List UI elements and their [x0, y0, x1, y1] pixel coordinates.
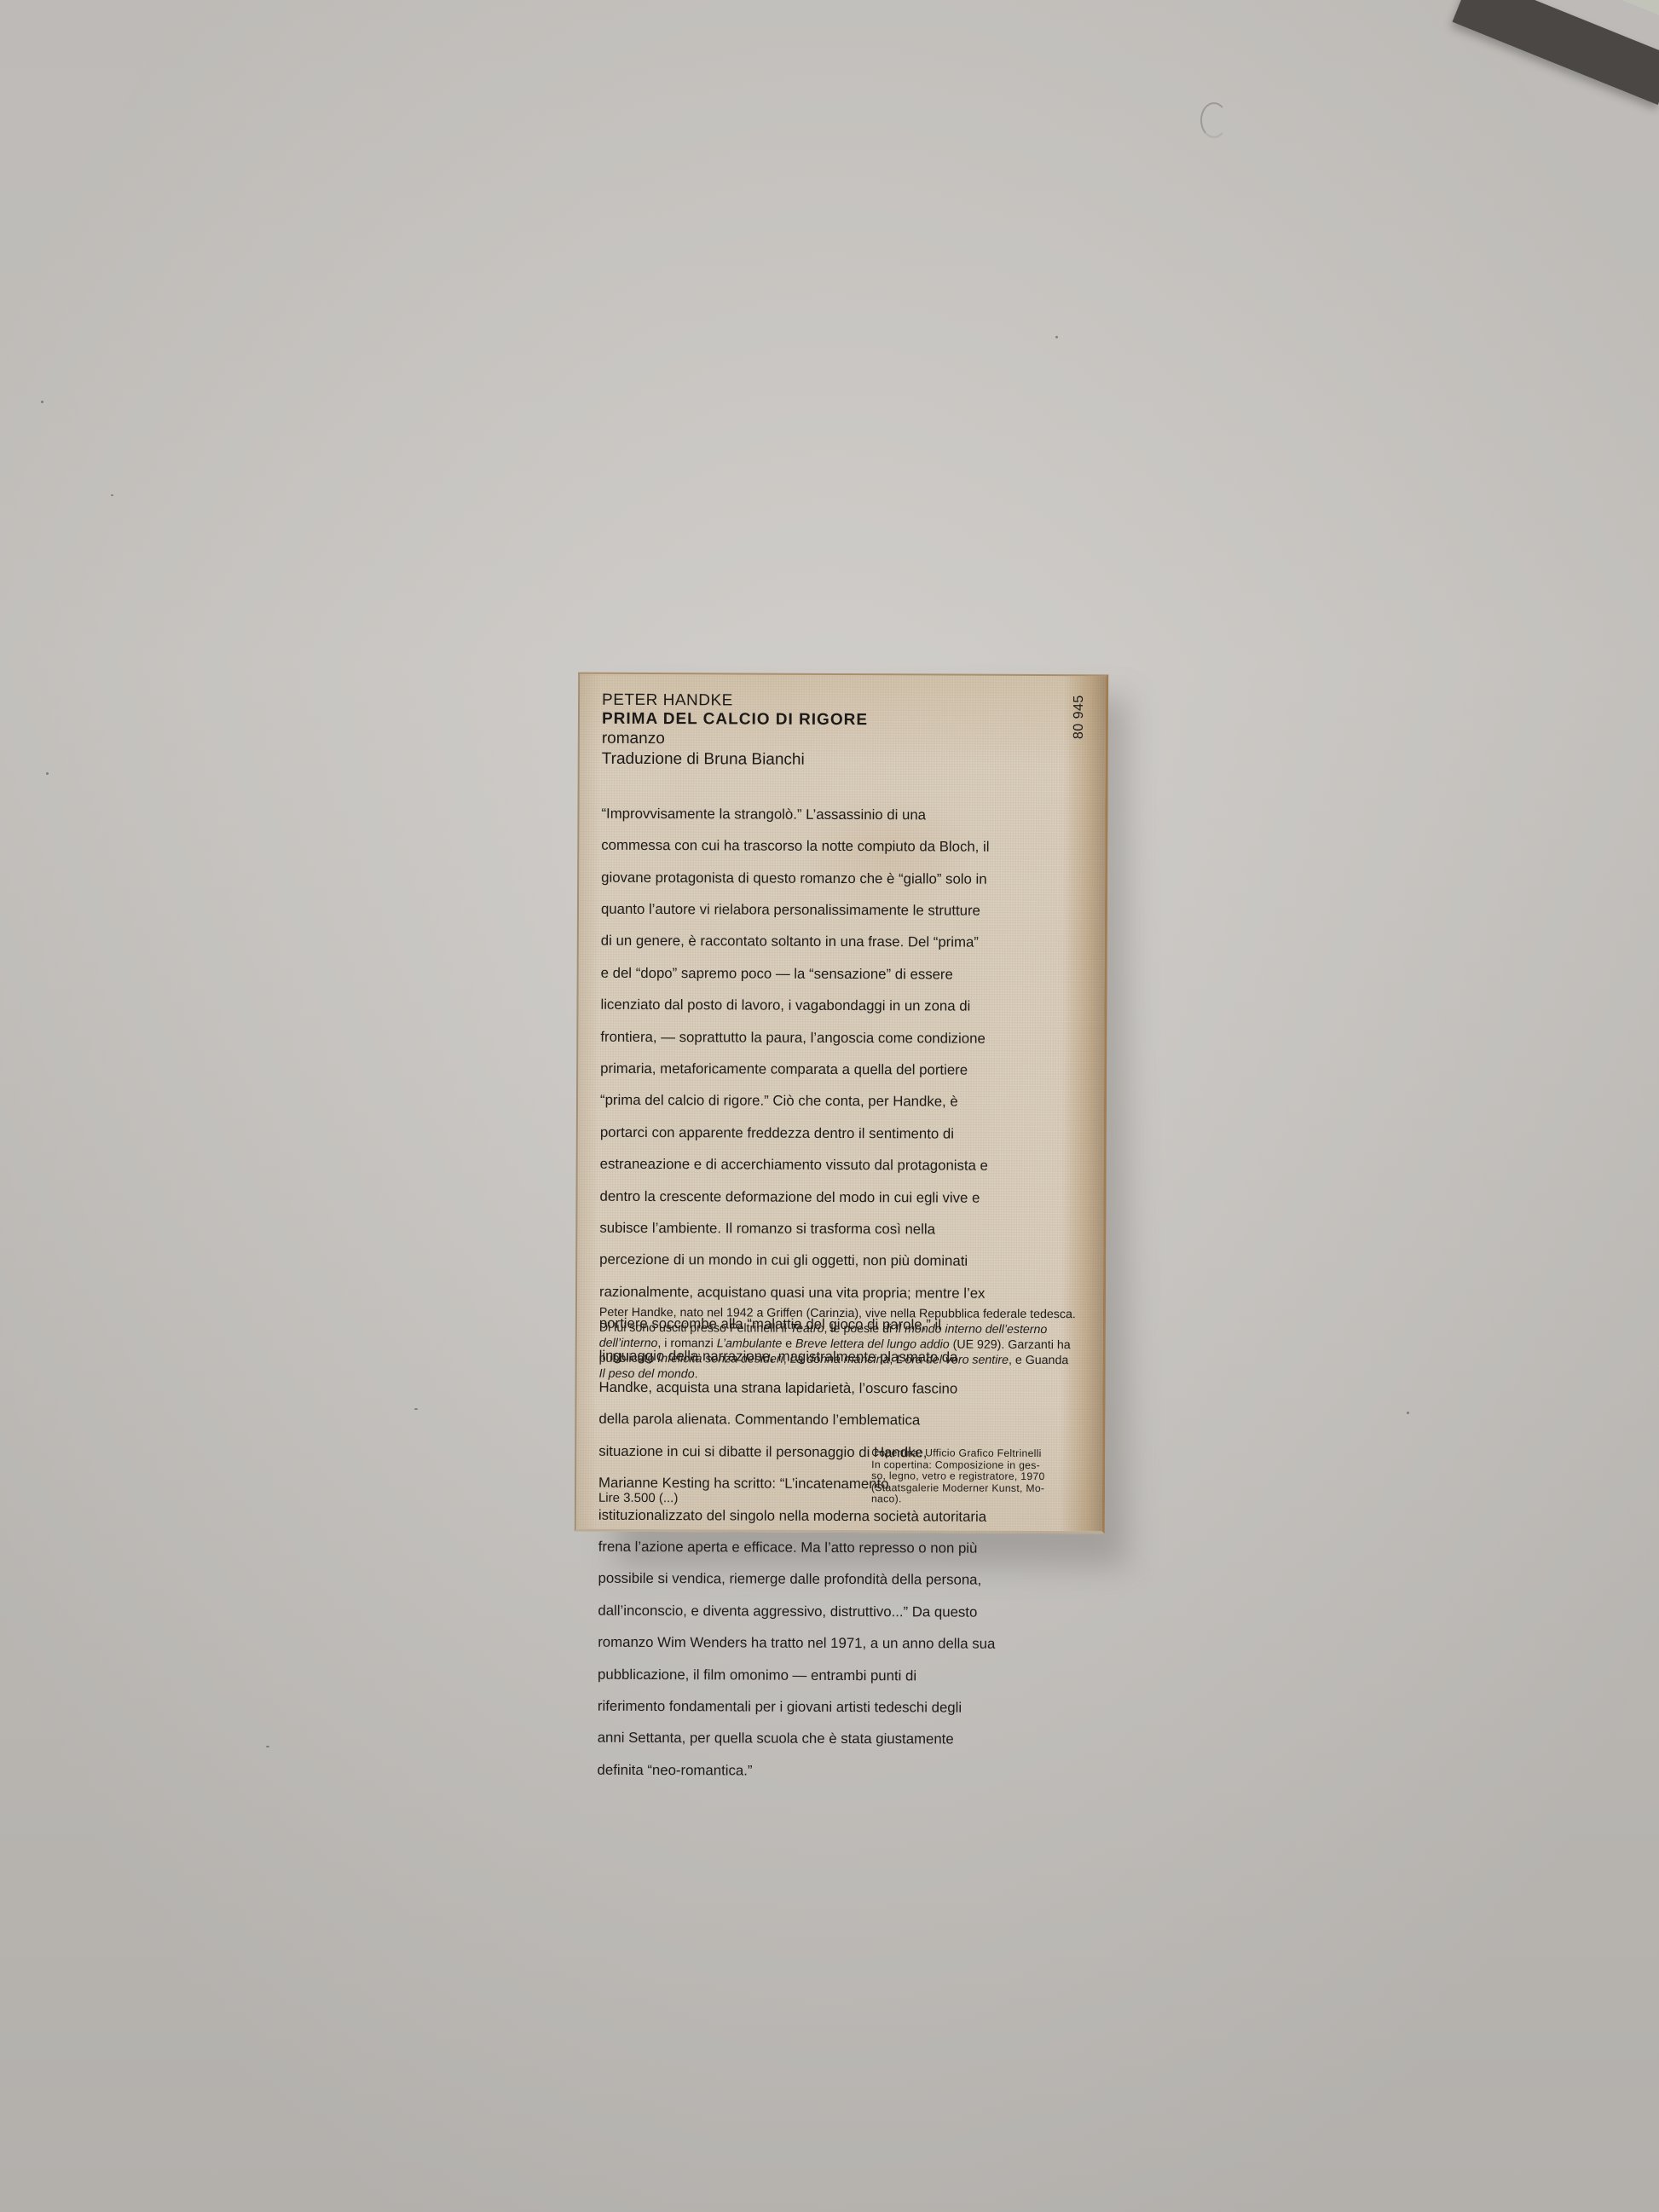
book-back-cover: PETER HANDKE PRIMA DEL CALCIO DI RIGORE …	[575, 673, 1108, 1534]
author-bio: Peter Handke, nato nel 1942 a Griffen (C…	[599, 1305, 1077, 1383]
blurb-line: anni Settanta, per quella scuola che è s…	[598, 1730, 1075, 1748]
blurb-line: dall’inconscio, e diventa aggressivo, di…	[598, 1603, 1075, 1621]
blurb-line: possibile si vendica, riemerge dalle pro…	[598, 1571, 1076, 1589]
bio-text: , i romanzi	[657, 1337, 716, 1350]
blurb-line: riferimento fondamentali per i giovani a…	[598, 1699, 1075, 1717]
blurb-line: quanto l’autore vi rielabora personaliss…	[601, 902, 1078, 920]
surface-speck	[414, 1408, 418, 1410]
catalog-number: 80 945	[1072, 695, 1087, 739]
blurb-line: frontiera, — soprattutto la paura, l’ang…	[600, 1029, 1078, 1047]
blurb-line: commessa con cui ha trascorso la notte c…	[601, 838, 1078, 856]
price-label: Lire 3.500 (...)	[598, 1491, 678, 1505]
edge-stain	[576, 674, 600, 1529]
book-genre: romanzo	[602, 729, 868, 750]
blurb-line: primaria, metaforicamente comparata a qu…	[600, 1061, 1078, 1079]
bio-work-title: L’ora del vero sentire	[896, 1353, 1009, 1367]
blurb-line: istituzionalizzato del singolo nella mod…	[598, 1507, 1076, 1525]
blurb-line: razionalmente, acquistano quasi una vita…	[599, 1285, 1077, 1302]
blurb-line: definita “neo-romantica.”	[598, 1763, 1075, 1781]
bio-text: , e Guanda	[1009, 1354, 1068, 1367]
bio-text: .	[695, 1367, 698, 1381]
blurb-line: frena l’azione aperta e efficace. Ma l’a…	[598, 1539, 1076, 1557]
author-name: PETER HANDKE	[602, 691, 868, 711]
surface-speck	[1055, 336, 1058, 338]
translator-credit: Traduzione di Bruna Bianchi	[602, 749, 868, 771]
surface-speck	[46, 772, 49, 775]
bio-work-title: La donna mancina	[790, 1353, 890, 1367]
blurb-line: “Improvvisamente la strangolò.” L’assass…	[601, 806, 1078, 823]
bio-work-title: Breve lettera del lungo addio	[795, 1337, 950, 1352]
surface-ring-mark	[1200, 102, 1228, 138]
blurb-line: licenziato dal posto di lavoro, i vagabo…	[600, 997, 1078, 1015]
blurb-line: portarci con apparente freddezza dentro …	[600, 1125, 1078, 1143]
surface-speck	[41, 401, 43, 403]
blurb-line: romanzo Wim Wenders ha tratto nel 1971, …	[598, 1635, 1075, 1653]
blurb-line: di un genere, è raccontato soltanto in u…	[601, 933, 1078, 951]
blurb-line: percezione di un mondo in cui gli oggett…	[599, 1252, 1077, 1270]
surface-speck	[266, 1746, 269, 1747]
blurb-line: pubblicazione, il film omonimo — entramb…	[598, 1666, 1075, 1684]
blurb-line: giovane protagonista di questo romanzo c…	[601, 869, 1078, 887]
blurb-line: dentro la crescente deformazione del mod…	[599, 1188, 1077, 1206]
surface-speck	[111, 494, 113, 496]
cover-credits: Copertina: Ufficio Grafico Feltrinelli I…	[871, 1447, 1079, 1506]
surface-speck	[1407, 1412, 1409, 1414]
book-title: PRIMA DEL CALCIO DI RIGORE	[602, 710, 868, 730]
blurb-line: e del “dopo” sapremo poco — la “sensazio…	[601, 966, 1078, 984]
bio-text: e	[782, 1337, 795, 1351]
bio-work-title: Il peso del mondo	[599, 1367, 695, 1381]
bio-work-title: Teatro	[790, 1322, 824, 1336]
blurb-line: estraneazione e di accerchiamento vissut…	[600, 1157, 1078, 1175]
corner-object-edge	[1453, 0, 1659, 105]
blurb-line: della parola alienata. Commentando l’emb…	[598, 1412, 1076, 1429]
bio-work-title: L’ambulante	[717, 1337, 783, 1350]
blurb-line: “prima del calcio di rigore.” Ciò che co…	[600, 1093, 1078, 1111]
book-header: PETER HANDKE PRIMA DEL CALCIO DI RIGORE …	[602, 691, 868, 771]
blurb-line: subisce l’ambiente. Il romanzo si trasfo…	[599, 1221, 1077, 1239]
bio-text: ,	[889, 1353, 896, 1366]
bio-text: ,	[783, 1353, 790, 1366]
book-blurb: “Improvvisamente la strangolò.” L’assass…	[597, 790, 1078, 1797]
bio-work-title: Infelicità senza desideri	[657, 1352, 783, 1366]
bio-text: , le poesie di	[824, 1322, 895, 1336]
